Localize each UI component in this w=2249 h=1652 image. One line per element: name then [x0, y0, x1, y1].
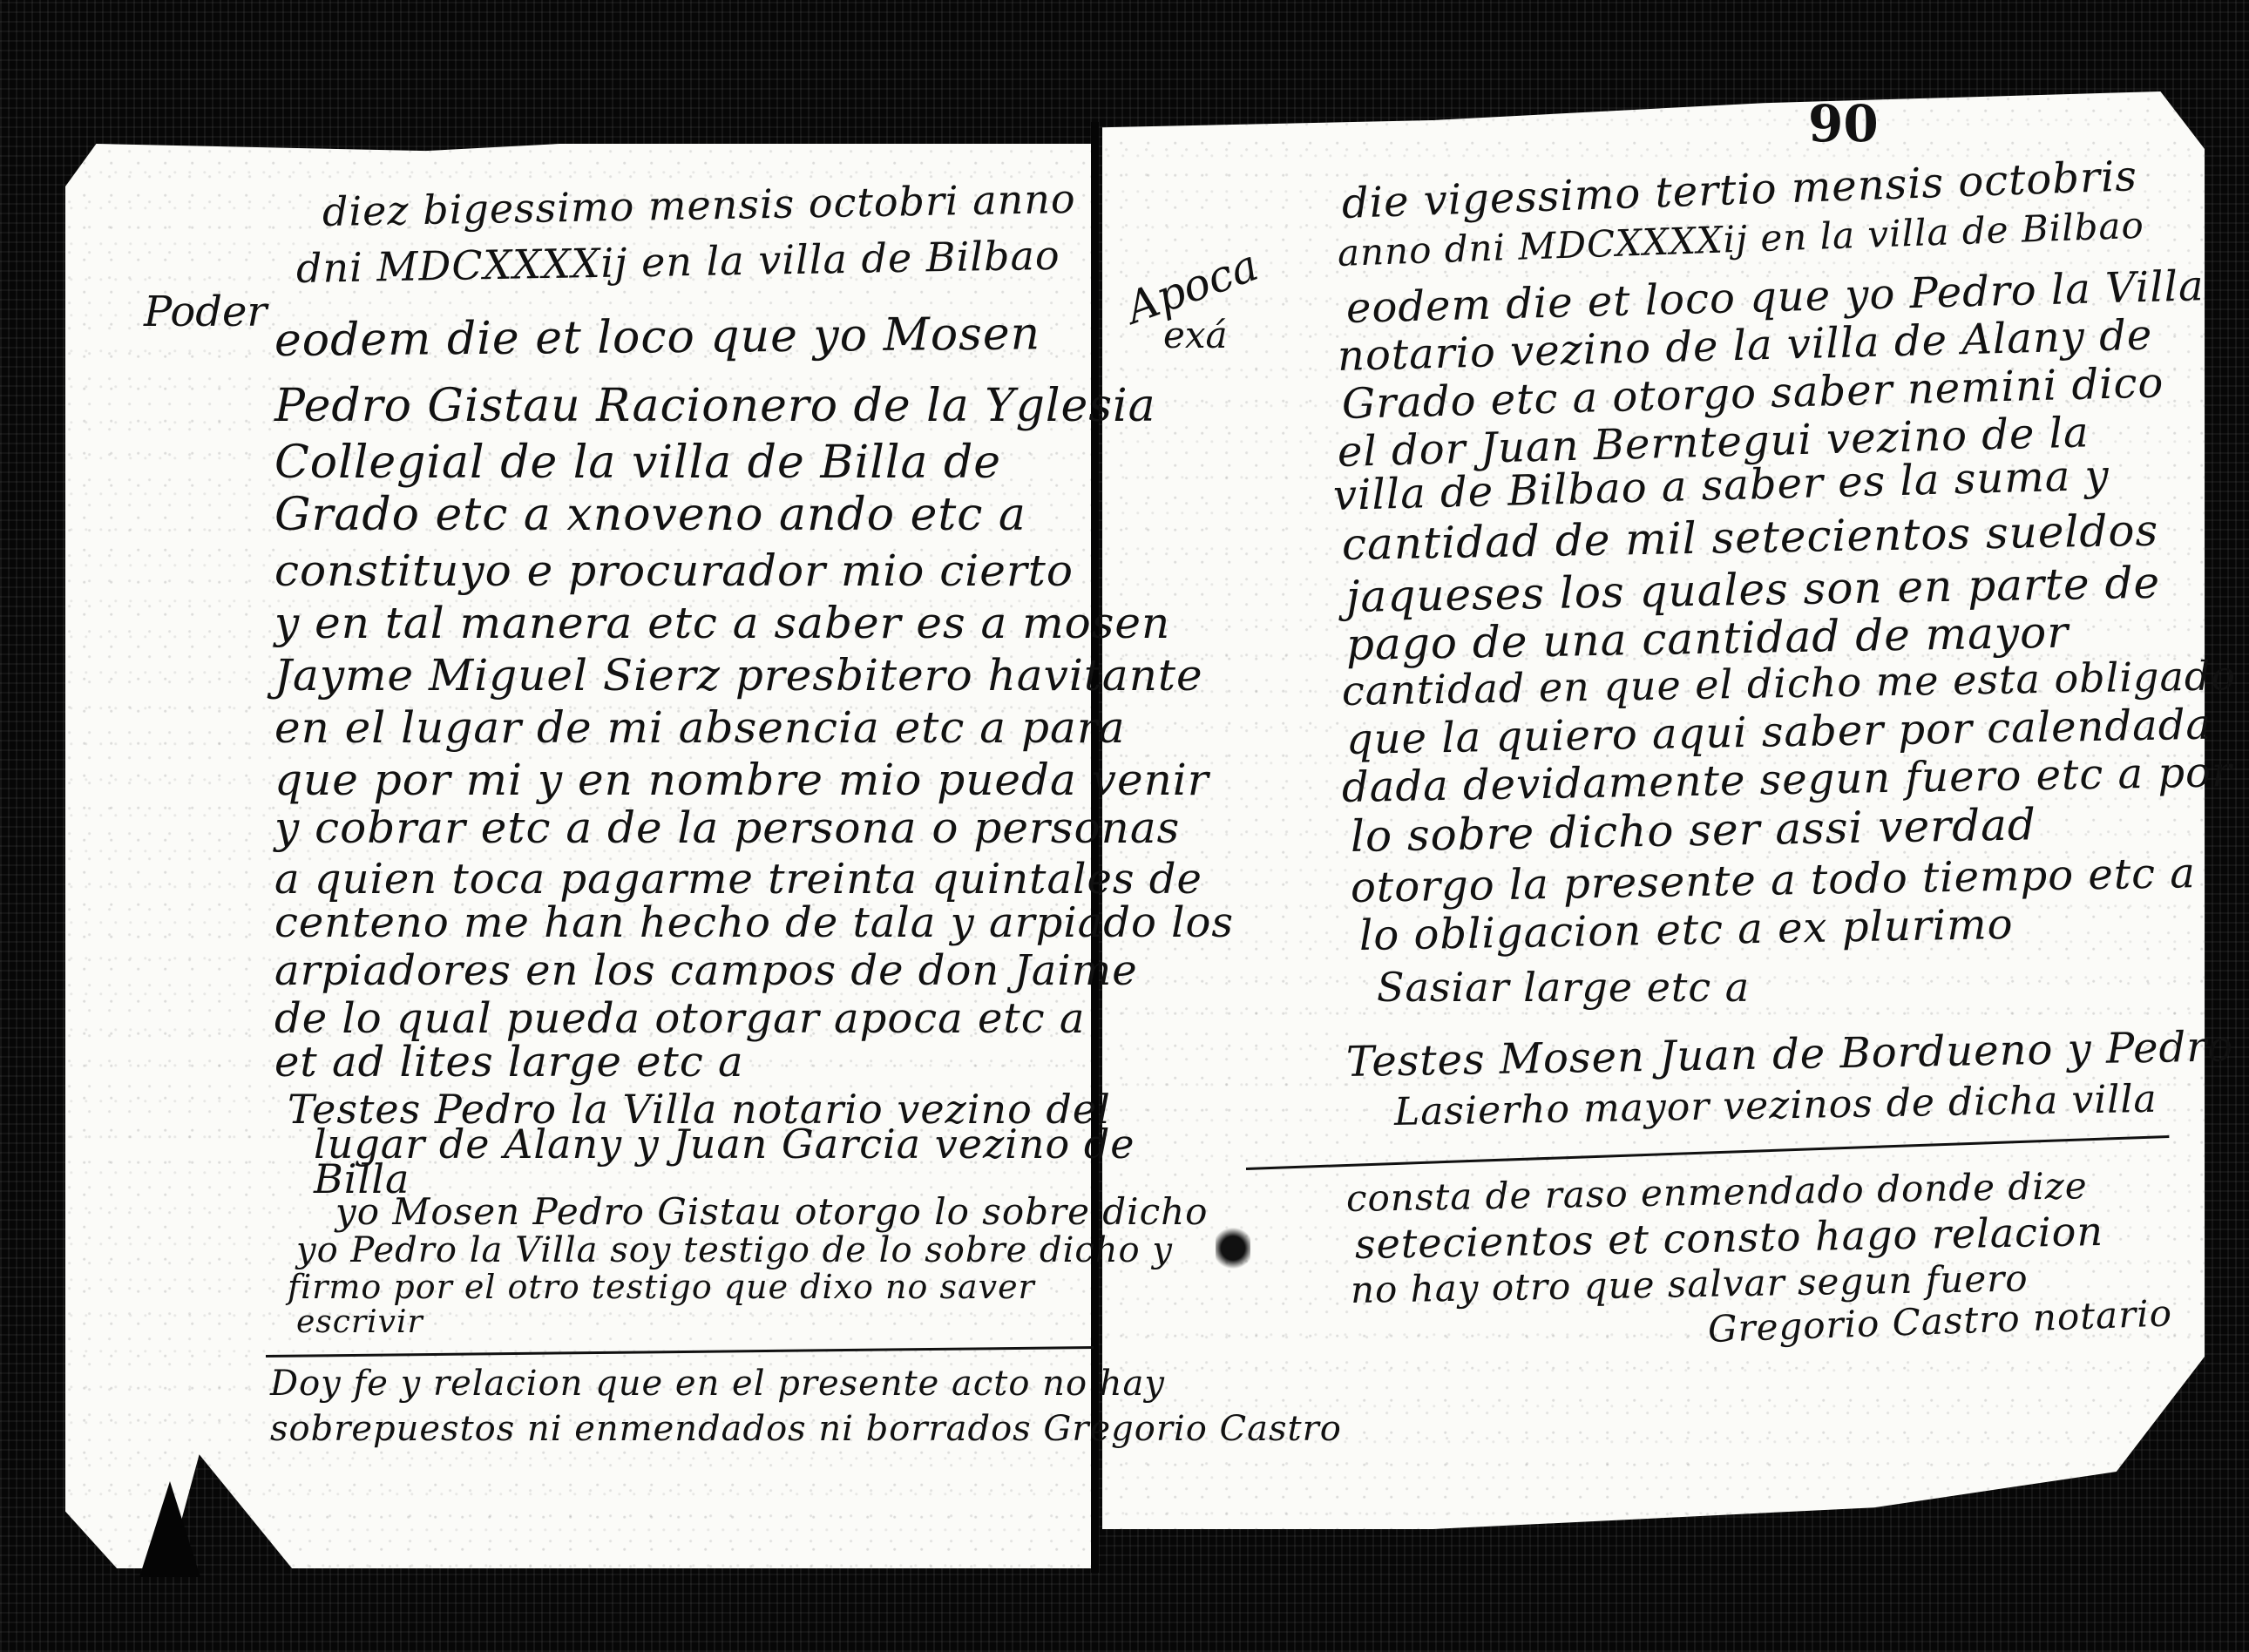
manuscript-line: firmo por el otro testigo que dixo no sa… — [288, 1270, 1035, 1303]
manuscript-line: escrivir — [296, 1307, 423, 1338]
manuscript-line: eodem die et loco que yo Mosen — [274, 311, 1041, 363]
manuscript-line: lugar de Alany y Juan Garcia vezino de — [314, 1124, 1135, 1164]
manuscript-line: a quien toca pagarme treinta quintales d… — [274, 858, 1202, 900]
margin-title-poder: Poder — [144, 288, 267, 336]
manuscript-line: Sasiar large etc a — [1377, 967, 1750, 1007]
notary-certification-line: Doy fe y relacion que en el presente act… — [270, 1366, 1165, 1401]
manuscript-line: Pedro Gistau Racionero de la Yglesia — [274, 383, 1156, 429]
ink-blot — [1216, 1224, 1250, 1272]
manuscript-line: y cobrar etc a de la persona o personas — [274, 806, 1180, 850]
folio-number: 90 — [1808, 94, 1879, 153]
manuscript-line: en el lugar de mi absencia etc a para — [274, 706, 1126, 749]
manuscript-line: cantidad de mil setecientos sueldos — [1342, 509, 2159, 566]
manuscript-line: lo obligacion etc a ex plurimo — [1359, 904, 2014, 957]
manuscript-line: yo Mosen Pedro Gistau otorgo lo sobre di… — [335, 1194, 1208, 1230]
manuscript-line: arpiadores en los campos de don Jaime — [274, 950, 1138, 992]
manuscript-line: Collegial de la villa de Billa de — [274, 440, 1001, 485]
manuscript-line: lo sobre dicho ser assi verdad — [1351, 802, 2037, 858]
manuscript-line: diez bigessimo mensis octobri anno — [322, 179, 1076, 232]
manuscript-line: yo Pedro la Villa soy testigo de lo sobr… — [296, 1233, 1173, 1268]
manuscript-line: centeno me han hecho de tala y arpiado l… — [274, 902, 1234, 944]
manuscript-line: Grado etc a xnoveno ando etc a — [274, 492, 1026, 538]
manuscript-line: y en tal manera etc a saber es a mosen — [274, 601, 1170, 645]
manuscript-line: dni MDCXXXXij en la villa de Bilbao — [296, 235, 1060, 288]
manuscript-line: que por mi y en nombre mio pueda venir — [274, 758, 1209, 802]
notary-certification-line: sobrepuestos ni enmendados ni borrados G… — [270, 1412, 1342, 1446]
manuscript-line: de lo qual pueda otorgar apoca etc a — [274, 998, 1085, 1039]
manuscript-line: Jayme Miguel Sierz presbitero havitante — [274, 653, 1203, 697]
manuscript-line: constituyo e procurador mio cierto — [274, 549, 1074, 592]
manuscript-line: et ad lites large etc a — [274, 1041, 744, 1083]
notary-certification-line: setecientos et consto hago relacion — [1355, 1211, 2104, 1264]
margin-note-abbrev: exá — [1163, 314, 1228, 356]
